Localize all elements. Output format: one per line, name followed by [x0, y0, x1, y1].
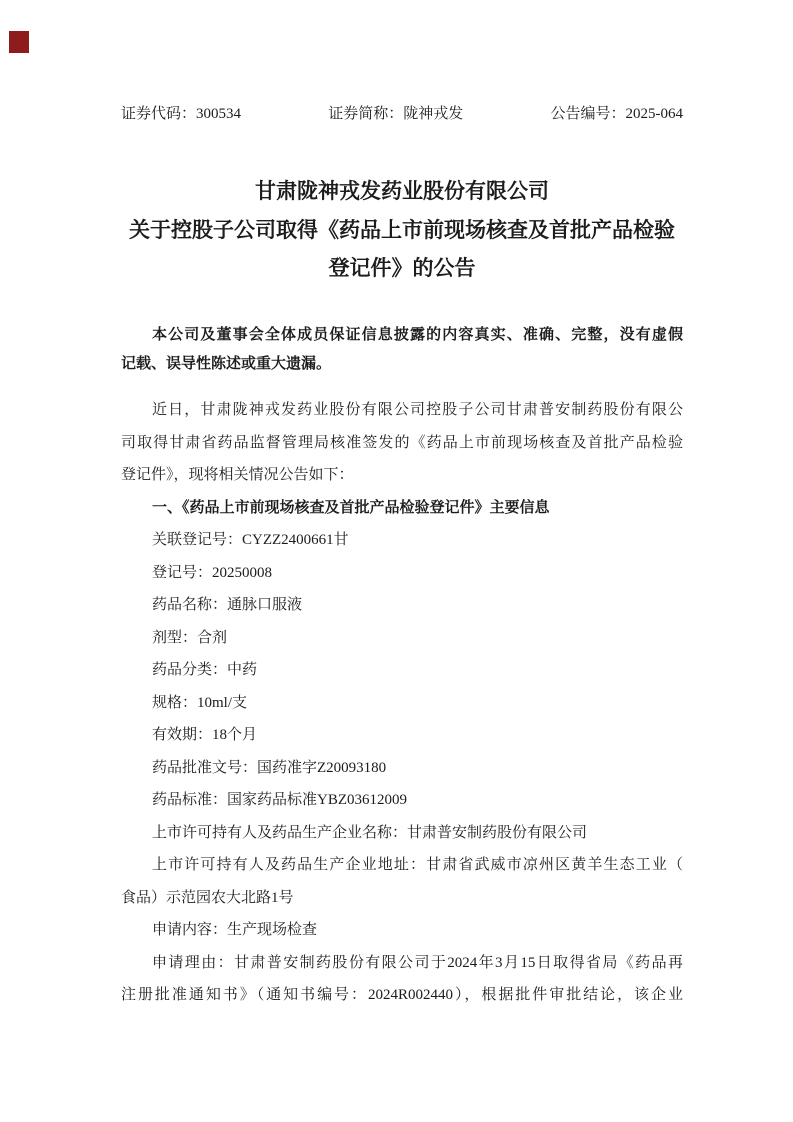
- title-line-2: 关于控股子公司取得《药品上市前现场核查及首批产品检验: [121, 211, 683, 250]
- text-line: 药品标准：国家药品标准YBZ03612009: [121, 784, 683, 817]
- stock-abbreviation: 证券简称：陇神戎发: [328, 102, 463, 123]
- announcement-title: 甘肃陇神戎发药业股份有限公司 关于控股子公司取得《药品上市前现场核查及首批产品检…: [121, 172, 683, 288]
- text-line: 上市许可持有人及药品生产企业名称：甘肃普安制药股份有限公司: [121, 817, 683, 850]
- disclaimer-paragraph: 本公司及董事会全体成员保证信息披露的内容真实、准确、完整，没有虚假 记载、误导性…: [121, 321, 683, 378]
- announcement-number: 公告编号：2025-064: [551, 102, 684, 123]
- text-line: 登记件》，现将相关情况公告如下：: [121, 459, 683, 492]
- title-line-1: 甘肃陇神戎发药业股份有限公司: [121, 172, 683, 211]
- stock-info-header: 证券代码：300534 证券简称：陇神戎发 公告编号：2025-064: [121, 102, 683, 123]
- text-line: 药品名称：通脉口服液: [121, 589, 683, 622]
- text-line: 关联登记号：CYZZ2400661甘: [121, 524, 683, 557]
- title-line-3: 登记件》的公告: [121, 249, 683, 288]
- text-line: 注册批准通知书》（通知书编号：2024R002440），根据批件审批结论，该企业: [121, 979, 683, 1012]
- red-stamp-marker: [9, 31, 29, 53]
- body-lines: 近日，甘肃陇神戎发药业股份有限公司控股子公司甘肃普安制药股份有限公司取得甘肃省药…: [121, 394, 683, 1012]
- text-line: 药品批准文号：国药准字Z20093180: [121, 752, 683, 785]
- text-line: 规格：10ml/支: [121, 687, 683, 720]
- text-line: 剂型：合剂: [121, 622, 683, 655]
- text-line: 药品分类：中药: [121, 654, 683, 687]
- text-line: 一、《药品上市前现场核查及首批产品检验登记件》主要信息: [121, 492, 683, 525]
- text-line: 申请内容：生产现场检查: [121, 914, 683, 947]
- text-line: 登记号：20250008: [121, 557, 683, 590]
- text-line: 上市许可持有人及药品生产企业地址：甘肃省武威市凉州区黄羊生态工业（: [121, 849, 683, 882]
- text-line: 申请理由：甘肃普安制药股份有限公司于2024年3月15日取得省局《药品再: [121, 947, 683, 980]
- text-line: 司取得甘肃省药品监督管理局核准签发的《药品上市前现场核查及首批产品检验: [121, 427, 683, 460]
- stock-code: 证券代码：300534: [121, 102, 241, 123]
- document-page: 证券代码：300534 证券简称：陇神戎发 公告编号：2025-064 甘肃陇神…: [0, 0, 793, 1122]
- text-line: 有效期：18个月: [121, 719, 683, 752]
- text-line: 食品）示范园农大北路1号: [121, 882, 683, 915]
- text-line: 近日，甘肃陇神戎发药业股份有限公司控股子公司甘肃普安制药股份有限公: [121, 394, 683, 427]
- disclaimer-line-1: 本公司及董事会全体成员保证信息披露的内容真实、准确、完整，没有虚假: [121, 321, 683, 350]
- disclaimer-line-2: 记载、误导性陈述或重大遗漏。: [121, 350, 683, 379]
